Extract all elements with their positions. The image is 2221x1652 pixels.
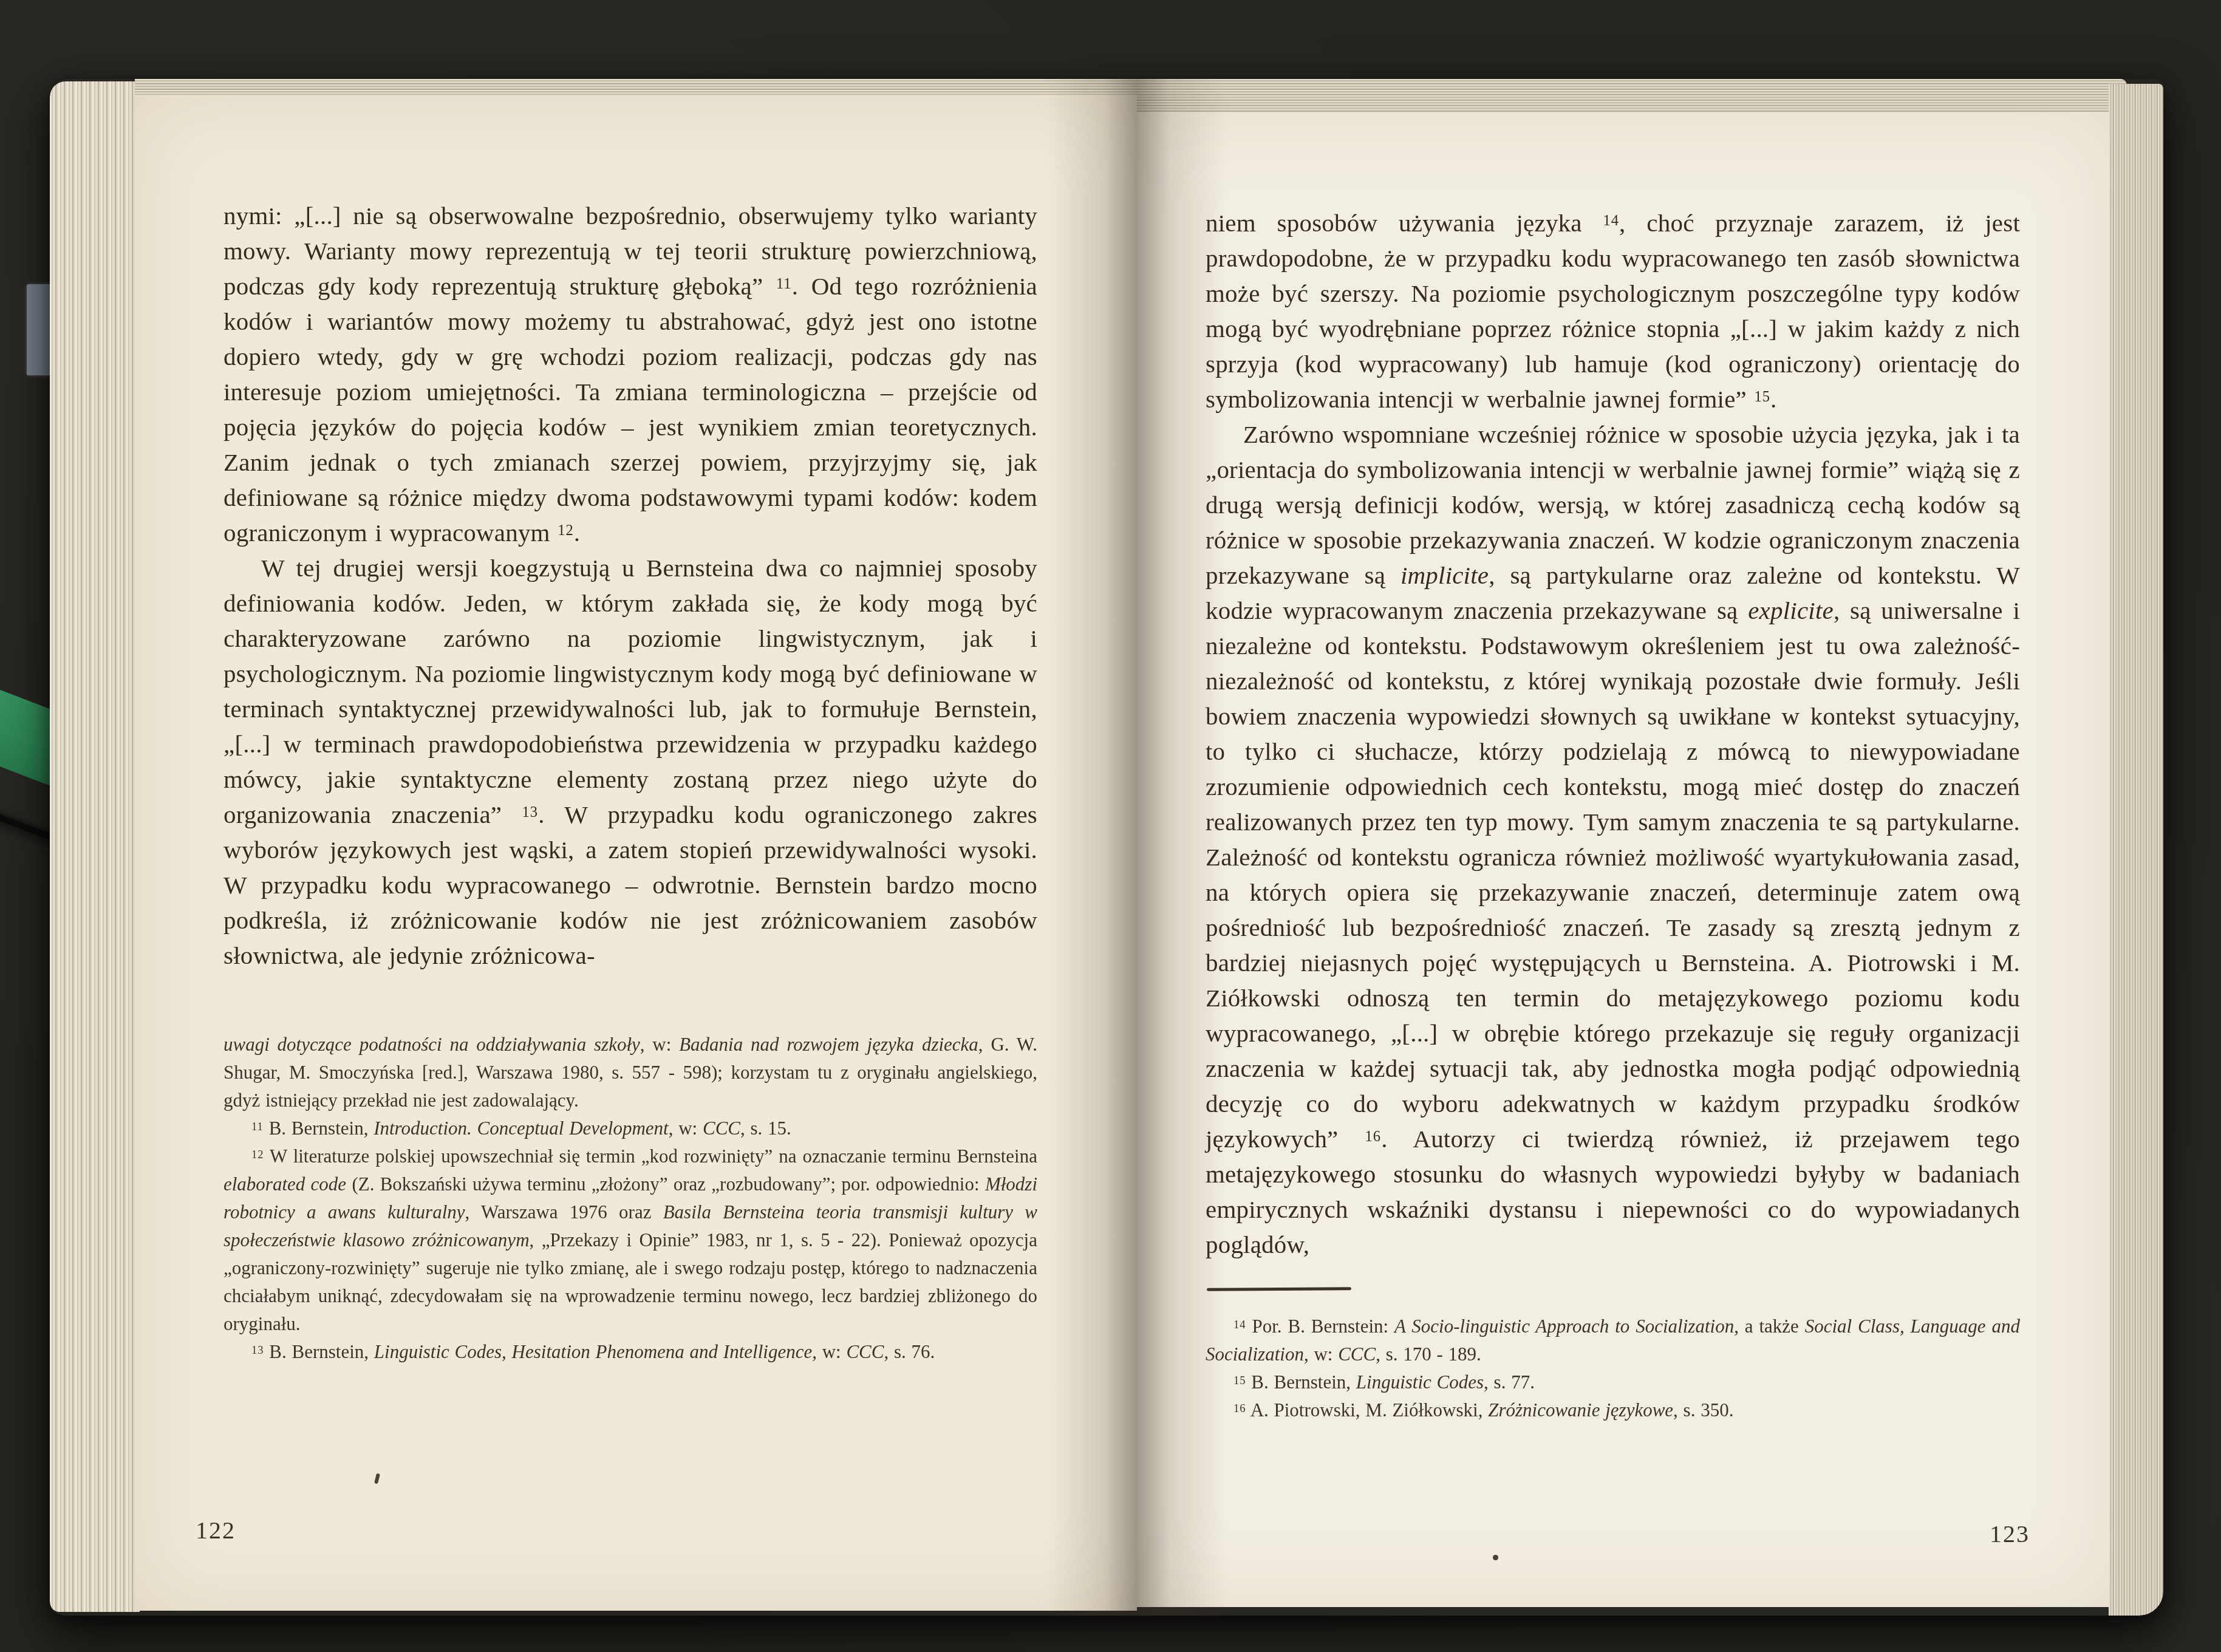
ink-speck [1493, 1555, 1498, 1560]
footnote-12: 12 W literaturze polskiej upowszechniał … [223, 1142, 1037, 1338]
paragraph: niem sposobów używania języka 14, choć p… [1206, 205, 2020, 417]
footnote-separator-rule [1207, 1287, 1351, 1291]
left-page-footnotes: uwagi dotyczące podatności na oddziaływa… [223, 1031, 1037, 1366]
footnote-11: 11 B. Bernstein, Introduction. Conceptua… [223, 1114, 1037, 1142]
photo-stage: nymi: „[...] nie są obserwowalne bezpośr… [0, 0, 2221, 1652]
page-number-left: 122 [196, 1516, 236, 1544]
right-page-body: niem sposobów używania języka 14, choć p… [1206, 205, 2020, 1262]
page-stack-right-edge [2109, 84, 2163, 1616]
left-page: nymi: „[...] nie są obserwowalne bezpośr… [135, 95, 1137, 1611]
paragraph: nymi: „[...] nie są obserwowalne bezpośr… [223, 198, 1037, 550]
right-page: niem sposobów używania języka 14, choć p… [1137, 113, 2110, 1607]
paragraph: Zarówno wspomniane wcześniej różnice w s… [1206, 417, 2020, 1262]
open-book: nymi: „[...] nie są obserwowalne bezpośr… [50, 79, 2163, 1616]
page-number-right: 123 [1990, 1520, 2030, 1548]
gray-patch-decor [27, 284, 52, 375]
footnote-16: 16 A. Piotrowski, M. Ziółkowski, Zróżnic… [1206, 1396, 2020, 1424]
footnote-continuation: uwagi dotyczące podatności na oddziaływa… [223, 1031, 1037, 1114]
footnote-14: 14 Por. B. Bernstein: A Socio-linguistic… [1206, 1312, 2020, 1368]
paragraph: W tej drugiej wersji koegzystują u Berns… [223, 550, 1037, 973]
footnote-15: 15 B. Bernstein, Linguistic Codes, s. 77… [1206, 1368, 2020, 1396]
footnote-13: 13 B. Bernstein, Linguistic Codes, Hesit… [223, 1338, 1037, 1366]
page-stack-left-edge [50, 81, 140, 1612]
left-page-body: nymi: „[...] nie są obserwowalne bezpośr… [223, 198, 1037, 973]
right-page-footnotes: 14 Por. B. Bernstein: A Socio-linguistic… [1206, 1312, 2020, 1424]
